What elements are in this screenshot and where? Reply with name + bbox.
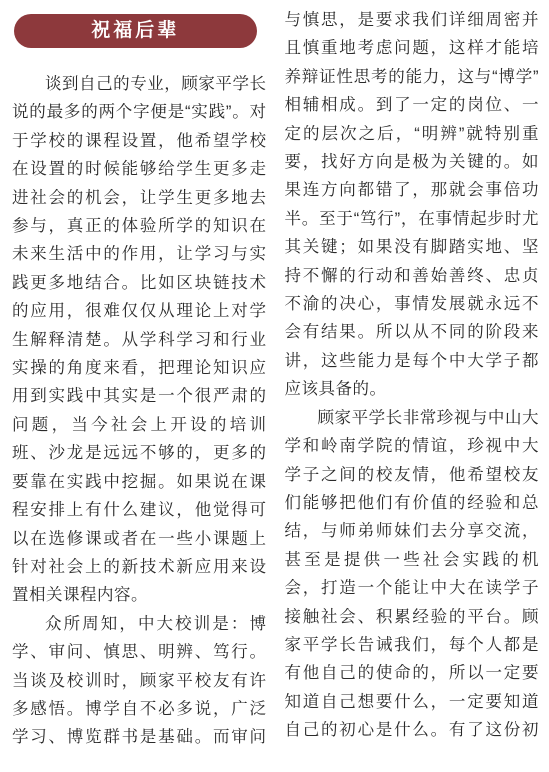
- article-page: 祝福后辈 谈到自己的专业，顾家平学长说的最多的两个字便是“实践”。对于学校的课程…: [0, 0, 549, 772]
- section-badge-label: 祝福后辈: [91, 20, 179, 41]
- article-paragraph: 谈到自己的专业，顾家平学长说的最多的两个字便是“实践”。对于学校的课程设置，他希…: [12, 70, 267, 610]
- section-badge: 祝福后辈: [14, 14, 257, 48]
- article-columns: 祝福后辈 谈到自己的专业，顾家平学长说的最多的两个字便是“实践”。对于学校的课程…: [12, 6, 539, 754]
